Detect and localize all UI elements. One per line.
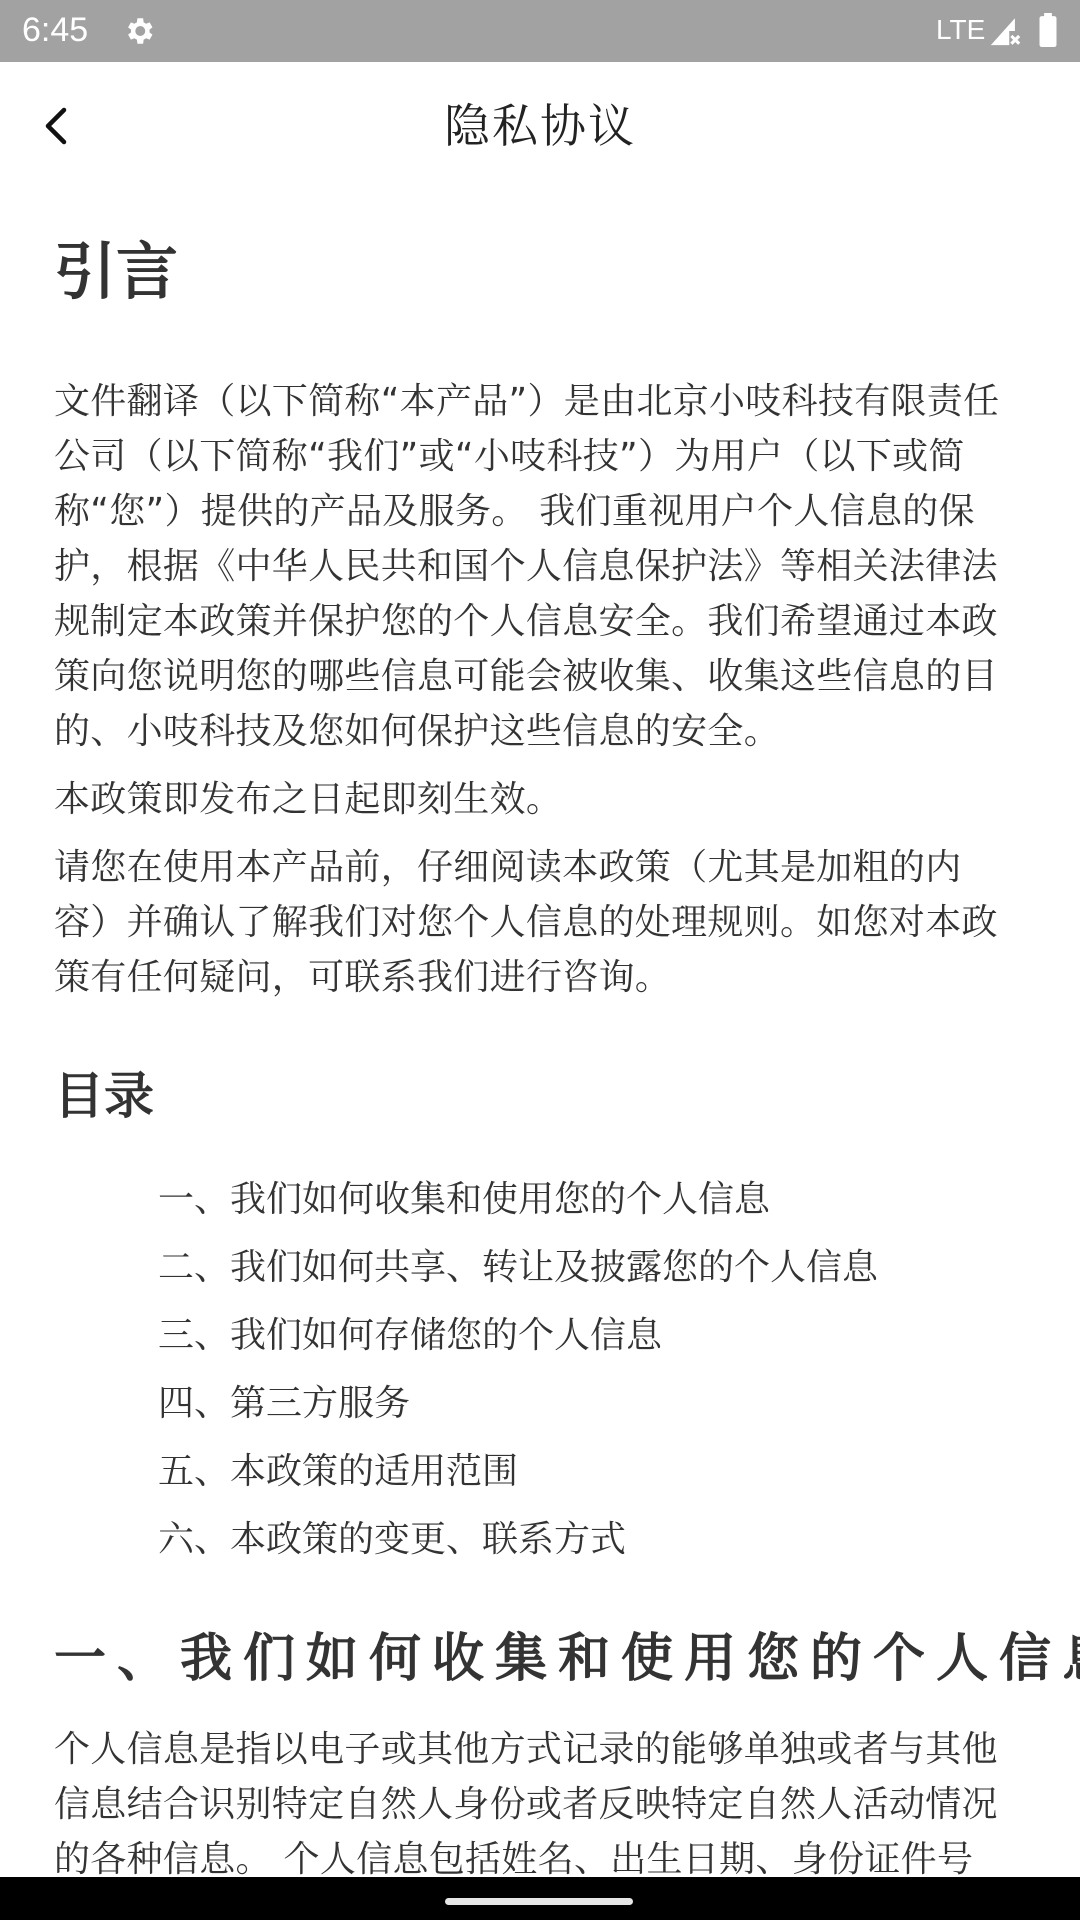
toc-item-storage[interactable]: 三、我们如何存储您的个人信息 — [158, 1314, 662, 1358]
toc-item-third-party[interactable]: 四、第三方服务 — [158, 1382, 410, 1426]
intro-paragraph-line: 公司（以下简称“我们”或“小吱科技”）为用户（以下或简 — [54, 435, 965, 479]
intro-paragraph-line: 的、小吱科技及您如何保护这些信息的安全。 — [54, 710, 780, 754]
toc-item-scope[interactable]: 五、本政策的适用范围 — [158, 1450, 518, 1494]
home-gesture-handle[interactable] — [445, 1898, 633, 1905]
gear-icon — [122, 14, 156, 48]
toc-item-collect-use[interactable]: 一、我们如何收集和使用您的个人信息 — [158, 1178, 770, 1222]
intro-paragraph-line: 护，根据《中华人民共和国个人信息保护法》等相关法律法 — [54, 545, 998, 589]
intro-paragraph-line: 文件翻译（以下简称“本产品”）是由北京小吱科技有限责任 — [54, 380, 999, 424]
battery-icon — [1038, 13, 1058, 47]
notice-paragraph-line: 策有任何疑问，可联系我们进行咨询。 — [54, 956, 671, 1000]
section-1-heading: 一、我们如何收集和使用您的个人信息 — [54, 1626, 1080, 1692]
intro-paragraph-line: 策向您说明您的哪些信息可能会被收集、收集这些信息的目 — [54, 655, 998, 699]
signal-no-data-icon — [988, 14, 1022, 48]
page-title: 隐私协议 — [0, 98, 1080, 154]
status-time: 6:45 — [22, 10, 88, 50]
toc-item-changes-contact[interactable]: 六、本政策的变更、联系方式 — [158, 1518, 626, 1562]
notice-paragraph-line: 容）并确认了解我们对您个人信息的处理规则。如您对本政 — [54, 901, 998, 945]
toc-item-share-transfer[interactable]: 二、我们如何共享、转让及披露您的个人信息 — [158, 1246, 878, 1290]
notice-paragraph-line: 请您在使用本产品前，仔细阅读本政策（尤其是加粗的内 — [54, 846, 962, 890]
section-1-paragraph-line: 的各种信息。 个人信息包括姓名、出生日期、身份证件号 — [54, 1838, 973, 1882]
intro-paragraph-line: 称“您”）提供的产品及服务。 我们重视用户个人信息的保 — [54, 490, 975, 534]
effective-date-text: 本政策即发布之日起即刻生效。 — [54, 778, 562, 822]
section-1-paragraph-line: 个人信息是指以电子或其他方式记录的能够单独或者与其他 — [54, 1728, 998, 1772]
section-1-paragraph-line: 信息结合识别特定自然人身份或者反映特定自然人活动情况 — [54, 1783, 998, 1827]
status-bar: 6:45 LTE — [0, 0, 1080, 62]
app-bar: 隐私协议 — [0, 62, 1080, 190]
intro-heading: 引言 — [54, 232, 178, 312]
network-type: LTE — [936, 12, 985, 48]
navigation-bar — [0, 1877, 1080, 1920]
toc-heading: 目录 — [54, 1064, 154, 1128]
intro-paragraph-line: 规制定本政策并保护您的个人信息安全。我们希望通过本政 — [54, 600, 998, 644]
